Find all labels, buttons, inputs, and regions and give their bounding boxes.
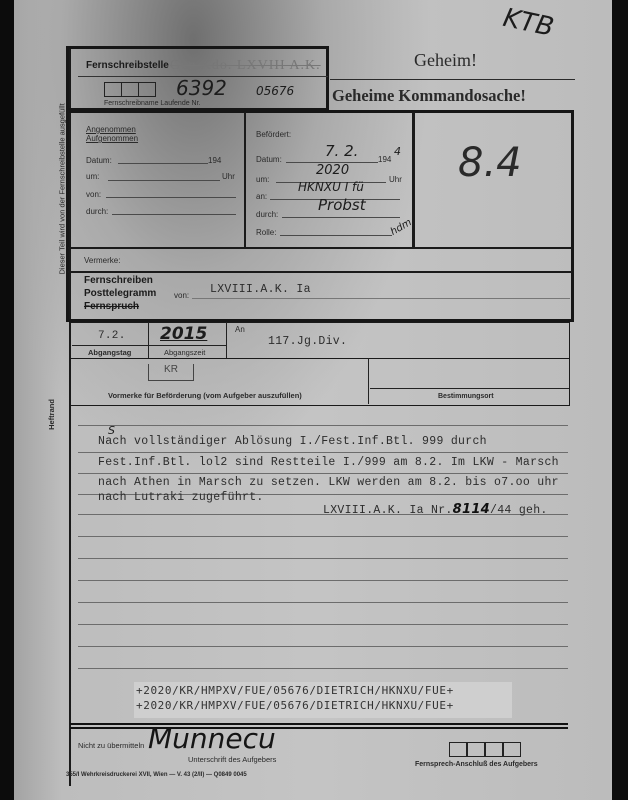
type-fernspruch: Fernspruch: [84, 301, 139, 312]
angenommen-von-field[interactable]: [106, 197, 236, 198]
col-divider-1: [244, 112, 246, 247]
angenommen-datum-field[interactable]: [118, 163, 208, 164]
fernschreibstelle-label: Fernschreibstelle: [86, 60, 169, 71]
ruled-line: [78, 425, 568, 426]
body-line-3: nach Athen in Marsch zu setzen. LKW werd…: [98, 476, 559, 489]
ruled-line: [78, 580, 568, 581]
angenommen-von-label: von:: [86, 190, 101, 199]
row-divider-type: [68, 271, 572, 273]
von-field-line: [192, 298, 570, 299]
type-posttelegramm: Posttelegramm: [84, 288, 156, 299]
befoerdert-um-value: 2020: [316, 163, 349, 178]
struck-stamp: Gen.Kdo. LXVIII A.K.: [170, 58, 321, 74]
footer-rule-2: [70, 727, 568, 729]
phone-box-1: [449, 742, 467, 757]
nicht-label: Nicht zu übermitteln: [78, 741, 144, 750]
angenommen-year: 194: [208, 156, 221, 165]
laufende-nr: 05676: [256, 84, 294, 98]
fernschreibname-caption: Fernschreibname Laufende Nr.: [104, 100, 201, 107]
angenommen-datum-label: Datum:: [86, 156, 112, 165]
angenommen-durch-label: durch:: [86, 207, 108, 216]
footer-rule-1: [70, 723, 568, 725]
befoerdert-datum-label: Datum:: [256, 155, 282, 164]
name-box-3: [138, 82, 156, 97]
befoerdert-year: 194: [378, 155, 391, 164]
befoerdert-an-label: an:: [256, 192, 267, 201]
phone-box-2: [467, 742, 485, 757]
angenommen-title: Angenommen: [86, 125, 136, 134]
angenommen-uhr-label: Uhr: [222, 172, 235, 181]
signature-suffix: /44 geh.: [490, 504, 548, 517]
heftrand-label: Heftrand: [47, 399, 56, 430]
befoerdert-title: Befördert:: [256, 130, 291, 139]
body-line-4: nach Lutraki zugeführt.: [98, 491, 264, 504]
ruled-line: [78, 536, 568, 537]
body-signature: LXVIII.A.K. Ia Nr.8114/44 geh.: [323, 502, 548, 517]
teleprinter-line-2: +2020/KR/HMPXV/FUE/05676/DIETRICH/HKNXU/…: [136, 699, 454, 712]
befoerdert-durch-value: Probst: [318, 196, 366, 214]
handwritten-number: 6392: [176, 76, 227, 100]
aufgenommen-title: Aufgenommen: [86, 134, 138, 143]
befoerdert-datum-value: 7. 2.: [325, 142, 358, 160]
angenommen-durch-field[interactable]: [112, 214, 236, 215]
body-line-1: Nach vollständiger Ablösung I./Fest.Inf.…: [98, 435, 487, 448]
ruled-line: [78, 646, 568, 647]
corner-handwritten-number: 8.4: [458, 140, 522, 186]
signature-prefix: LXVIII.A.K. Ia Nr.: [323, 504, 453, 517]
befoerdert-uhr-label: Uhr: [389, 175, 402, 184]
von-label: von:: [174, 291, 189, 300]
row-divider-vermerke: [68, 247, 572, 249]
phone-box-4: [503, 742, 521, 757]
befoerdert-rolle-label: Rolle:: [256, 228, 276, 237]
ruled-line: [78, 602, 568, 603]
body-line-2: Fest.Inf.Btl. lol2 sind Restteile I./999…: [98, 456, 559, 469]
type-fernschreiben: Fernschreiben: [84, 275, 153, 286]
befoerdert-rolle-field[interactable]: [280, 235, 392, 236]
name-box-1: [104, 82, 122, 97]
ruled-line: [78, 452, 568, 453]
signature-number: 8114: [453, 502, 490, 517]
unterschrift-label: Unterschrift des Aufgebers: [188, 755, 276, 764]
angenommen-um-field[interactable]: [108, 180, 220, 181]
classification-kommandosache-text: Geheime Kommandosache!: [332, 86, 526, 105]
teleprinter-line-1: +2020/KR/HMPXV/FUE/05676/DIETRICH/HKNXU/…: [136, 684, 454, 697]
printer-line: 355/I Wehrkreisdruckerei XVII, Wien — V.…: [66, 772, 247, 778]
dispatch-frame: [70, 322, 570, 406]
befoerdert-durch-label: durch:: [256, 210, 278, 219]
classification-divider: [330, 79, 575, 80]
ruled-line: [78, 624, 568, 625]
phone-box-3: [485, 742, 503, 757]
befoerdert-an-value: HKNXU I fü: [298, 180, 364, 194]
name-box-2: [121, 82, 139, 97]
ruled-line: [78, 558, 568, 559]
von-value: LXVIII.A.K. Ia: [210, 283, 311, 296]
classification-geheim: Geheim!: [414, 50, 477, 71]
classification-kommandosache: Geheime Kommandosache!: [332, 86, 526, 106]
ruled-line: [78, 473, 568, 474]
befoerdert-year-suffix: 4: [394, 145, 401, 158]
ruled-line: [78, 668, 568, 669]
fernsprech-label: Fernsprech-Anschluß des Aufgebers: [415, 761, 538, 768]
befoerdert-um-label: um:: [256, 175, 269, 184]
befoerdert-durch-field[interactable]: [282, 217, 400, 218]
aufgeber-signature: Munnecu: [148, 722, 276, 755]
angenommen-um-label: um:: [86, 172, 99, 181]
vermerke-label: Vermerke:: [84, 256, 120, 265]
